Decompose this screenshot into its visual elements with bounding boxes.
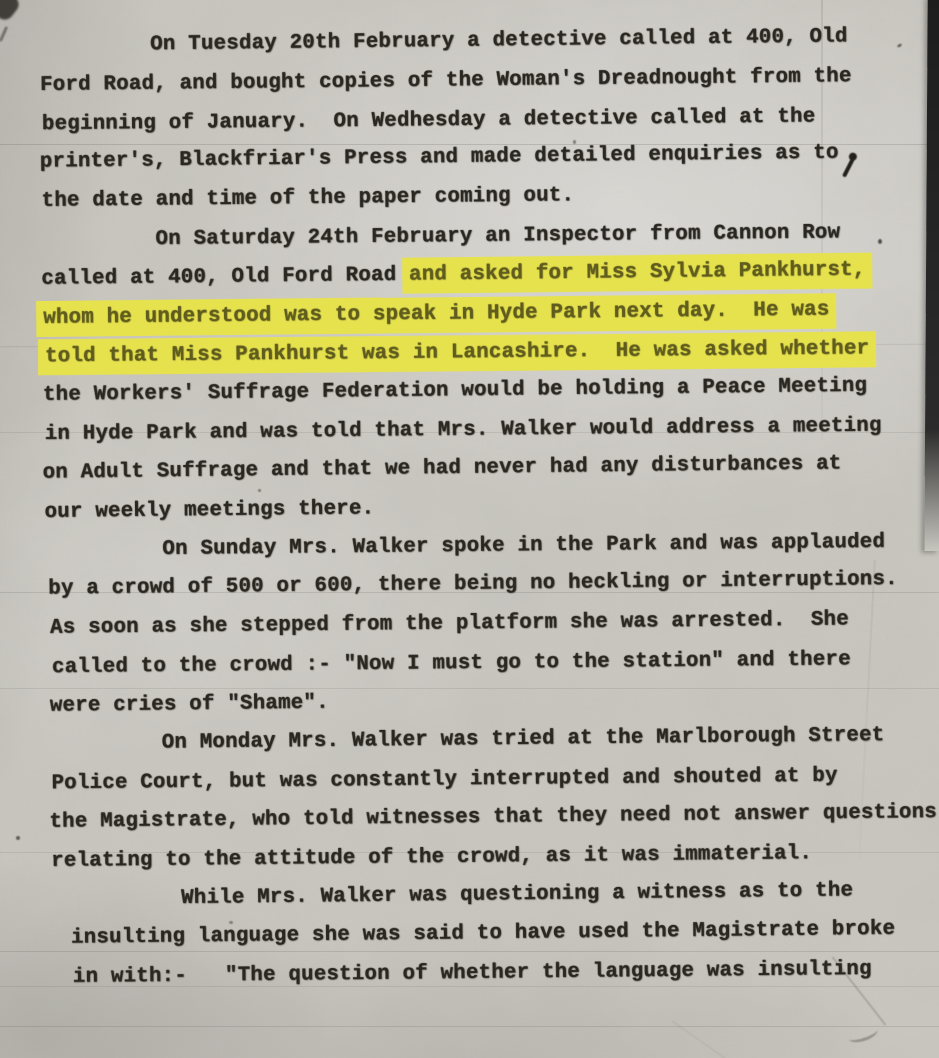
highlighted-text: whom he understood was to speak in Hyde … — [36, 292, 837, 336]
text-segment: relating to the attitude of the crowd, a… — [51, 842, 812, 873]
ink-speck — [258, 489, 261, 492]
text-segment: On Monday Mrs. Walker was tried at the M… — [162, 725, 885, 755]
paragraph: On Monday Mrs. Walker was tried at the M… — [49, 717, 929, 881]
page-corner-mark — [0, 26, 8, 42]
text-segment: our weekly meetings there. — [44, 497, 374, 524]
text-segment: on Adult Suffrage and that we had never … — [43, 452, 842, 484]
paragraph: On Saturday 24th February an Inspector f… — [42, 213, 925, 533]
text-segment: the Workers' Suffrage Federation would b… — [43, 375, 867, 407]
text-segment: insulting language she was said to have … — [71, 918, 895, 950]
text-segment: called at 400, Old Ford Road — [41, 263, 409, 290]
ink-speck — [16, 836, 20, 840]
text-segment: As soon as she stepped from the platform… — [50, 608, 849, 640]
text-segment: by a crowd of 500 or 600, there being no… — [48, 568, 898, 601]
document-text: On Tuesday 20th February a detective cal… — [40, 19, 930, 998]
ink-speck — [229, 921, 233, 924]
text-segment: Police Court, but was constantly interru… — [51, 765, 837, 796]
paragraph: On Tuesday 20th February a detective cal… — [40, 19, 922, 222]
text-segment: in with:- "The question of whether the l… — [73, 958, 872, 989]
scan-edge-shadow — [924, 0, 939, 551]
ink-speck — [878, 239, 882, 244]
text-segment: printer's, Blackfriar's Press and made d… — [40, 142, 839, 174]
fold-line — [0, 1026, 939, 1027]
highlighted-text: and asked for Miss Sylvia Pankhurst, — [402, 252, 873, 293]
text-segment: beginning of January. On Wedhesday a det… — [42, 105, 816, 136]
text-segment: the Magistrate, who told witnesses that … — [49, 801, 937, 834]
text-line: in with:- "The question of whether the l… — [73, 950, 931, 997]
text-segment: While Mrs. Walker was questioning a witn… — [181, 879, 853, 910]
text-segment: On Saturday 24th February an Inspector f… — [155, 221, 840, 251]
text-segment: On Tuesday 20th February a detective cal… — [150, 25, 848, 56]
text-segment: called to the crowd :- "Now I must go to… — [52, 648, 851, 679]
page-corner-mark — [0, 0, 22, 23]
text-segment: On Sunday Mrs. Walker spoke in the Park … — [162, 531, 885, 561]
text-segment: in Hyde Park and was told that Mrs. Walk… — [45, 415, 882, 446]
paragraph: On Sunday Mrs. Walker spoke in the Park … — [49, 523, 927, 726]
text-segment: Ford Road, and bought copies of the Woma… — [40, 65, 852, 97]
ink-speck — [573, 140, 576, 144]
text-segment: were cries of "Shame". — [50, 691, 329, 717]
text-segment: the date and time of the paper coming ou… — [41, 184, 574, 213]
paragraph: While Mrs. Walker was questioning a witn… — [71, 872, 930, 997]
document-page: On Tuesday 20th February a detective cal… — [0, 0, 939, 1058]
